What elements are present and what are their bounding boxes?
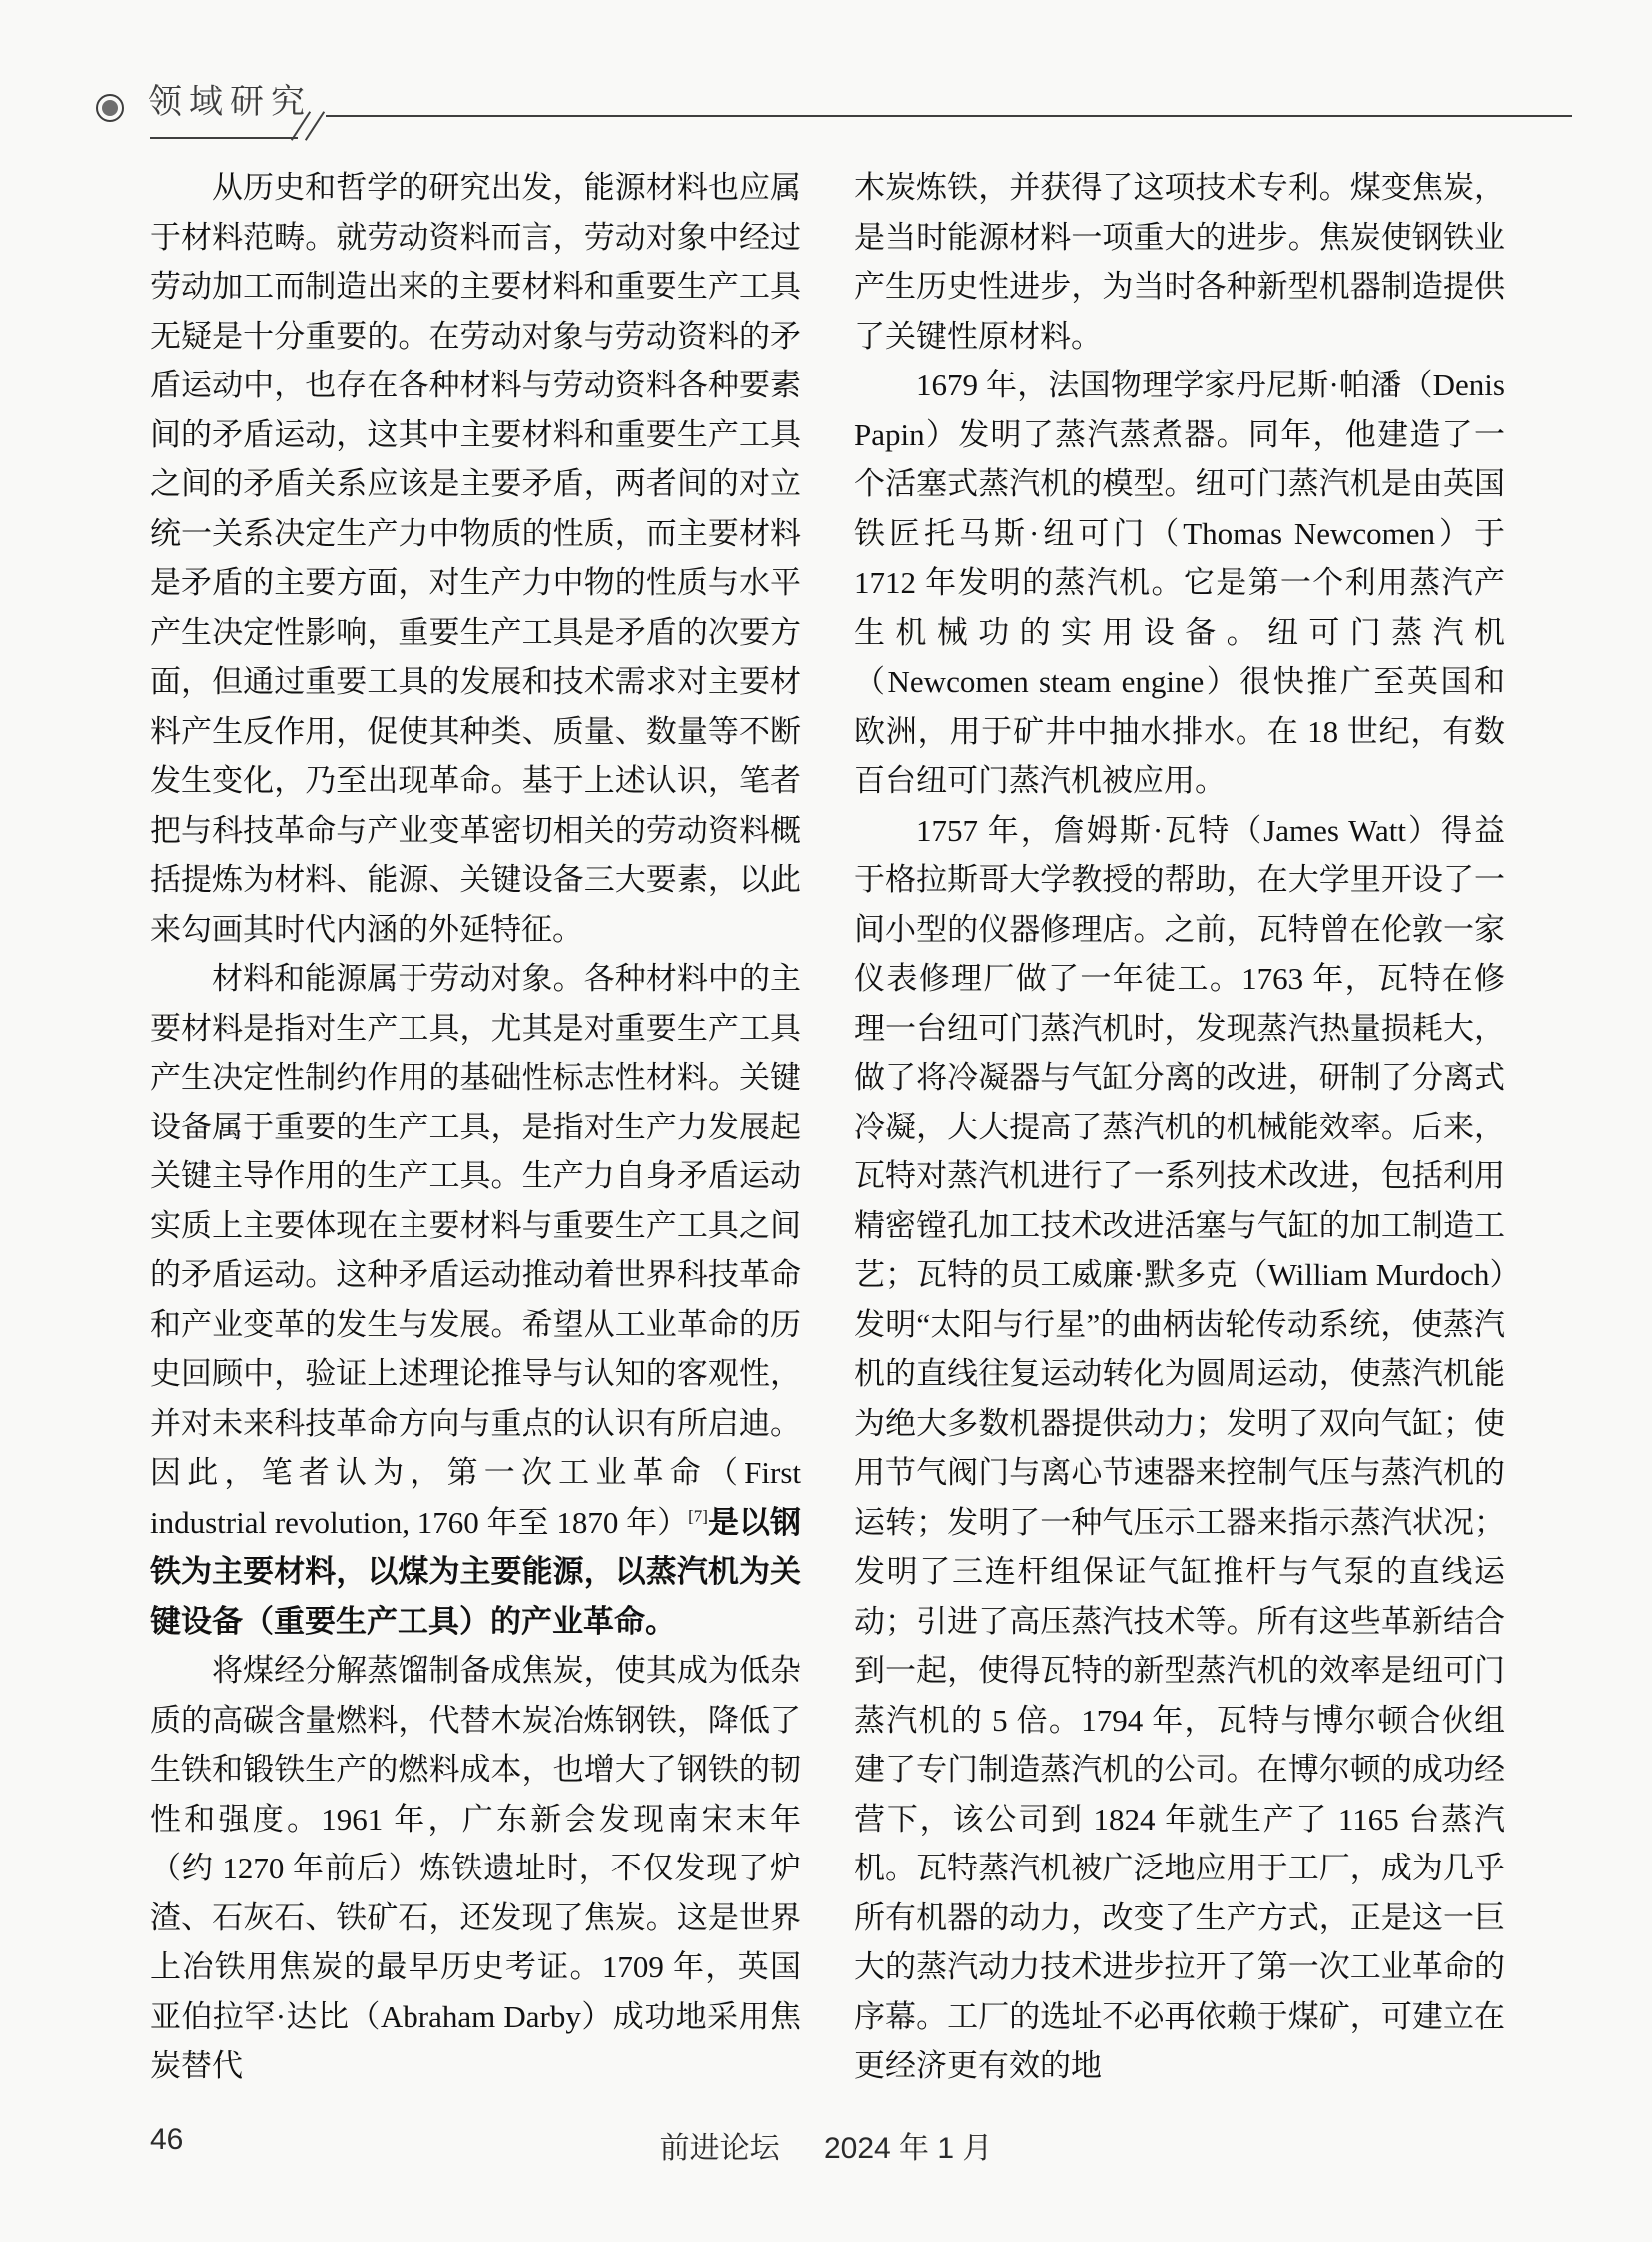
journal-page: 领域研究 从历史和哲学的研究出发，能源材料也应属于材料范畴。就劳动资料而言，劳动… (0, 0, 1652, 2242)
header-rule-left (150, 137, 298, 139)
text-segment: 1679 年，法国物理学家丹尼斯·帕潘（Denis Papin）发明了蒸汽蒸煮器… (854, 368, 1505, 798)
text-column-left: 从历史和哲学的研究出发，能源材料也应属于材料范畴。就劳动资料而言，劳动对象中经过… (150, 163, 801, 2091)
section-bullet-icon (96, 94, 124, 122)
journal-footer: 前进论坛 2024 年 1 月 (0, 2123, 1652, 2167)
journal-name: 前进论坛 (660, 2132, 780, 2165)
paragraph: 木炭炼铁，并获得了这项技术专利。煤变焦炭，是当时能源材料一项重大的进步。焦炭使钢… (854, 163, 1505, 361)
paragraph: 材料和能源属于劳动对象。各种材料中的主要材料是指对生产工具，尤其是对重要生产工具… (150, 954, 801, 1646)
text-segment: 将煤经分解蒸馏制备成焦炭，使其成为低杂质的高碳含量燃料，代替木炭冶炼钢铁，降低了… (150, 1653, 801, 2083)
text-segment: 1757 年，詹姆斯·瓦特（James Watt）得益于格拉斯哥大学教授的帮助，… (854, 813, 1505, 2084)
paragraph: 1757 年，詹姆斯·瓦特（James Watt）得益于格拉斯哥大学教授的帮助，… (854, 806, 1505, 2091)
text-column-right: 木炭炼铁，并获得了这项技术专利。煤变焦炭，是当时能源材料一项重大的进步。焦炭使钢… (854, 163, 1505, 2091)
paragraph: 从历史和哲学的研究出发，能源材料也应属于材料范畴。就劳动资料而言，劳动对象中经过… (150, 163, 801, 954)
issue-date: 2024 年 1 月 (824, 2132, 992, 2165)
text-segment: 从历史和哲学的研究出发，能源材料也应属于材料范畴。就劳动资料而言，劳动对象中经过… (150, 170, 801, 947)
text-segment: 木炭炼铁，并获得了这项技术专利。煤变焦炭，是当时能源材料一项重大的进步。焦炭使钢… (854, 170, 1505, 354)
bullet-dot (102, 100, 118, 116)
paragraph: 将煤经分解蒸馏制备成焦炭，使其成为低杂质的高碳含量燃料，代替木炭冶炼钢铁，降低了… (150, 1646, 801, 2091)
text-segment: 材料和能源属于劳动对象。各种材料中的主要材料是指对生产工具，尤其是对重要生产工具… (150, 961, 801, 1540)
paragraph: 1679 年，法国物理学家丹尼斯·帕潘（Denis Papin）发明了蒸汽蒸煮器… (854, 361, 1505, 806)
header-rule-right (326, 115, 1572, 117)
section-label: 领域研究 (148, 84, 312, 122)
citation-ref: [7] (688, 1506, 708, 1525)
